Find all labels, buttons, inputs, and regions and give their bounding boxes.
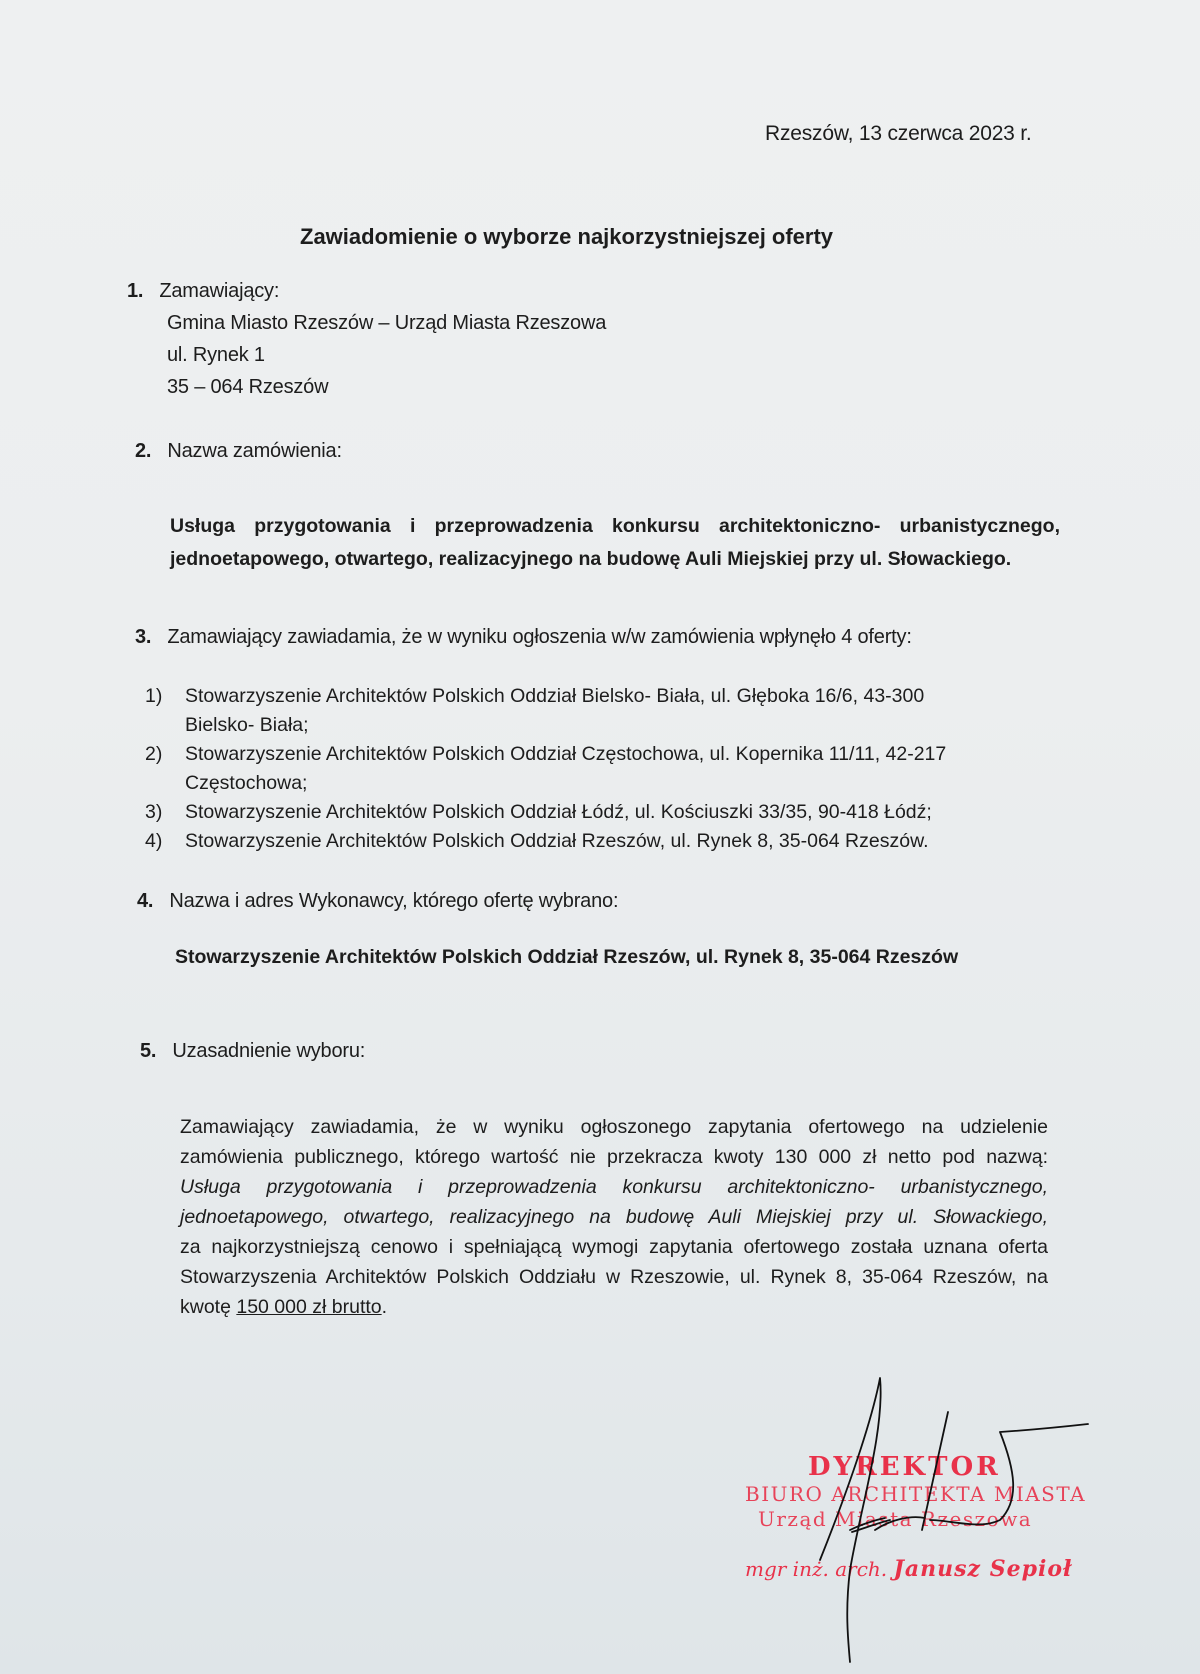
item-number: 1): [145, 682, 185, 740]
section-justification: 5. Uzasadnienie wyboru:: [140, 1036, 365, 1067]
justification-line-italic: Usługa przygotowania i przeprowadzenia k…: [180, 1176, 1048, 1198]
justification-line-italic: jednoetapowego, otwartego, realizacyjneg…: [180, 1206, 1048, 1228]
section-number: 1.: [127, 280, 143, 302]
section-selected-contractor: 4. Nazwa i adres Wykonawcy, którego ofer…: [137, 886, 618, 917]
offer-text: Stowarzyszenie Architektów Polskich Oddz…: [185, 682, 924, 740]
section-number: 3.: [135, 626, 151, 648]
section-ordering-party: 1. Zamawiający: Gmina Miasto Rzeszów – U…: [127, 276, 606, 404]
selected-contractor: Stowarzyszenie Architektów Polskich Oddz…: [175, 946, 958, 969]
section-number: 5.: [140, 1040, 156, 1062]
ordering-party-street: ul. Rynek 1: [127, 340, 606, 372]
list-item: 3)Stowarzyszenie Architektów Polskich Od…: [145, 798, 1045, 827]
section-offers: 3. Zamawiający zawiadamia, że w wyniku o…: [135, 622, 912, 653]
item-number: 3): [145, 798, 185, 827]
justification-line: Zamawiający zawiadamia, że w wyniku ogło…: [180, 1112, 1048, 1142]
section-heading: Nazwa i adres Wykonawcy, którego ofertę …: [169, 890, 618, 912]
section-order-name: 2. Nazwa zamówienia:: [135, 436, 342, 467]
item-number: 4): [145, 827, 185, 856]
amount: 150 000 zł brutto: [236, 1296, 381, 1318]
justification-line: za najkorzystniejszą cenowo i spełniając…: [180, 1232, 1048, 1262]
section-heading: Zamawiający zawiadamia, że w wyniku ogło…: [167, 626, 911, 648]
list-item: 1)Stowarzyszenie Architektów Polskich Od…: [145, 682, 1045, 740]
offer-text: Stowarzyszenie Architektów Polskich Oddz…: [185, 740, 946, 798]
ordering-party-postal: 35 – 064 Rzeszów: [127, 372, 606, 404]
section-heading: Zamawiający:: [159, 280, 279, 302]
item-number: 2): [145, 740, 185, 798]
order-name: Usługa przygotowania i przeprowadzenia k…: [170, 510, 1060, 576]
justification-line: zamówienia publicznego, którego wartość …: [180, 1142, 1048, 1172]
ordering-party-name: Gmina Miasto Rzeszów – Urząd Miasta Rzes…: [127, 308, 606, 340]
list-item: 2)Stowarzyszenie Architektów Polskich Od…: [145, 740, 1045, 798]
section-number: 4.: [137, 890, 153, 912]
list-item: 4)Stowarzyszenie Architektów Polskich Od…: [145, 827, 1045, 856]
section-heading: Uzasadnienie wyboru:: [172, 1040, 365, 1062]
document-title: Zawiadomienie o wyborze najkorzystniejsz…: [300, 224, 833, 250]
section-heading: Nazwa zamówienia:: [167, 440, 341, 462]
offer-text: Stowarzyszenie Architektów Polskich Oddz…: [185, 827, 929, 856]
signature-icon: [700, 1370, 1090, 1670]
offers-list: 1)Stowarzyszenie Architektów Polskich Od…: [145, 682, 1045, 856]
offer-text: Stowarzyszenie Architektów Polskich Oddz…: [185, 798, 932, 827]
section-number: 2.: [135, 440, 151, 462]
place-date: Rzeszów, 13 czerwca 2023 r.: [765, 118, 1032, 149]
justification-line: Stowarzyszenia Architektów Polskich Oddz…: [180, 1262, 1048, 1292]
justification-text: Zamawiający zawiadamia, że w wyniku ogło…: [180, 1112, 1048, 1322]
justification-line: kwotę 150 000 zł brutto.: [180, 1292, 1048, 1322]
